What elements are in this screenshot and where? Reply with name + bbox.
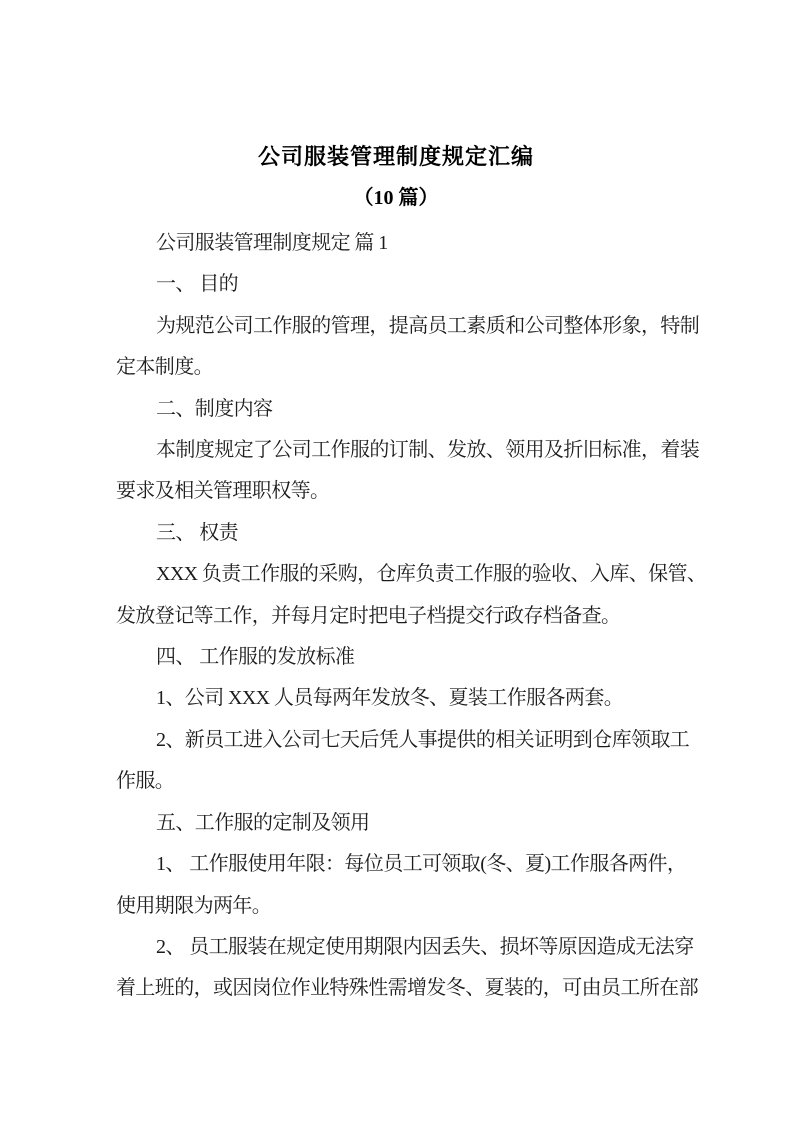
- text-line: 二、制度内容: [116, 389, 676, 430]
- text-line: 公司服装管理制度规定 篇 1: [116, 223, 676, 264]
- text-line: 一、 目的: [116, 264, 676, 305]
- text-line: 本制度规定了公司工作服的订制、发放、领用及折旧标准，着装: [116, 430, 676, 471]
- text-line: 要求及相关管理职权等。: [116, 471, 676, 512]
- document-body: 公司服装管理制度规定 篇 1一、 目的为规范公司工作服的管理，提高员工素质和公司…: [116, 223, 676, 1010]
- text-line: 着上班的，或因岗位作业特殊性需增发冬、夏装的，可由员工所在部: [116, 968, 676, 1009]
- text-line: 定本制度。: [116, 347, 676, 388]
- text-line: 五、工作服的定制及领用: [116, 803, 676, 844]
- text-line: 发放登记等工作，并每月定时把电子档提交行政存档备查。: [116, 596, 676, 637]
- text-line: 为规范公司工作服的管理，提高员工素质和公司整体形象，特制: [116, 306, 676, 347]
- document-page: 公司服装管理制度规定汇编 （10 篇） 公司服装管理制度规定 篇 1一、 目的为…: [0, 0, 793, 1122]
- text-line: 四、 工作服的发放标准: [116, 637, 676, 678]
- text-line: 2、新员工进入公司七天后凭人事提供的相关证明到仓库领取工: [116, 720, 676, 761]
- page-content: 公司服装管理制度规定汇编 （10 篇） 公司服装管理制度规定 篇 1一、 目的为…: [116, 141, 676, 1010]
- text-line: 2、 员工服装在规定使用期限内因丢失、损坏等原因造成无法穿: [116, 927, 676, 968]
- text-line: 1、公司 XXX 人员每两年发放冬、夏装工作服各两套。: [116, 678, 676, 719]
- text-line: 作服。: [116, 761, 676, 802]
- text-line: 1、 工作服使用年限：每位员工可领取(冬、夏)工作服各两件，: [116, 844, 676, 885]
- text-line: 使用期限为两年。: [116, 886, 676, 927]
- document-subtitle: （10 篇）: [116, 183, 676, 213]
- text-line: 三、 权责: [116, 513, 676, 554]
- document-title: 公司服装管理制度规定汇编: [116, 141, 676, 172]
- text-line: XXX 负责工作服的采购，仓库负责工作服的验收、入库、保管、: [116, 554, 676, 595]
